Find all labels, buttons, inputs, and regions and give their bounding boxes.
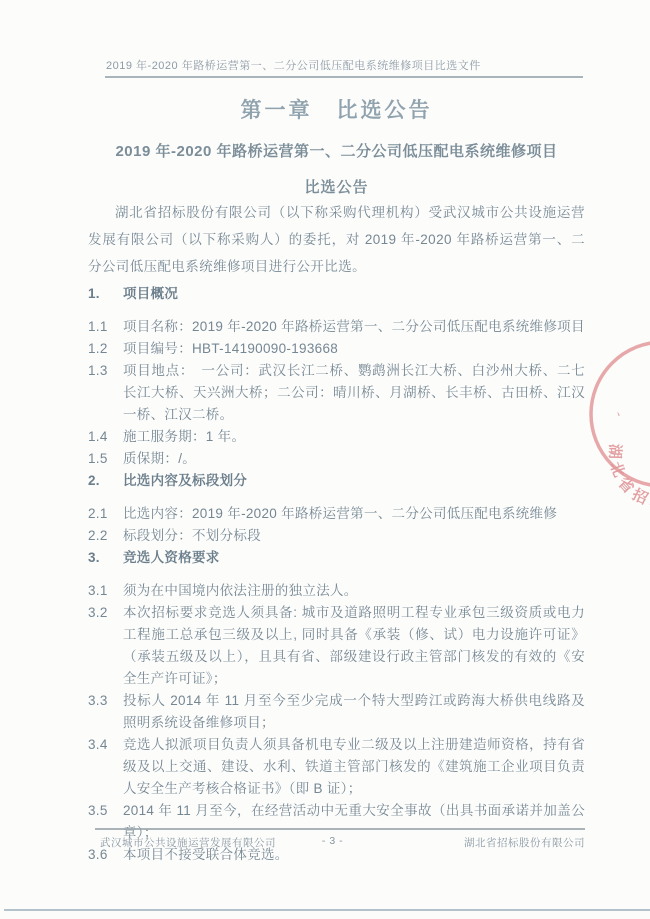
list-item: 1.5 质保期：/。	[88, 448, 585, 470]
section-number: 3.	[88, 547, 123, 569]
section-number: 2.	[88, 470, 123, 492]
page-bottom-edge	[4, 909, 650, 911]
item-text: 标段划分：不划分标段	[123, 525, 585, 547]
list-item: 1.1 项目名称：2019 年-2020 年路桥运营第一、二分公司低压配电系统维…	[88, 316, 585, 338]
item-text: 竞选人拟派项目负责人须具备机电专业二级及以上注册建造师资格，持有省级及以上交通、…	[123, 734, 585, 800]
list-item: 1.2 项目编号：HBT-14190090-193668	[88, 338, 585, 360]
item-text: 施工服务期：1 年。	[123, 426, 585, 448]
item-text: 项目编号：HBT-14190090-193668	[123, 338, 585, 360]
intro-paragraph: 湖北省招标股份有限公司（以下称采购代理机构）受武汉城市公共设施运营发展有限公司（…	[88, 199, 585, 280]
list-item: 2.2 标段划分：不划分标段	[88, 525, 585, 547]
seal-center-mark: 、	[615, 403, 632, 422]
list-item: 3.1 须为在中国境内依法注册的独立法人。	[88, 580, 585, 602]
item-number: 3.5	[88, 800, 123, 822]
running-header: 2019 年-2020 年路桥运营第一、二分公司低压配电系统维修项目比选文件	[106, 57, 586, 73]
section-heading: 3. 竞选人资格要求	[88, 547, 585, 569]
item-number: 3.2	[88, 602, 123, 624]
item-number: 2.2	[88, 525, 123, 547]
footer-divider	[95, 828, 585, 830]
item-number: 1.5	[88, 448, 123, 470]
section-title: 比选内容及标段划分	[123, 470, 585, 492]
list-item: 1.4 施工服务期：1 年。	[88, 426, 585, 448]
item-number: 1.3	[88, 360, 123, 382]
item-text: 投标人 2014 年 11 月至今至少完成一个特大型跨江或跨海大桥供电线路及照明…	[123, 690, 585, 734]
list-item: 3.2 本次招标要求竞选人须具备: 城市及道路照明工程专业承包三级资质或电力工程…	[88, 602, 585, 690]
item-number: 1.4	[88, 426, 123, 448]
item-text: 比选内容：2019 年-2020 年路桥运营第一、二分公司低压配电系统维修	[123, 503, 585, 525]
section-title: 项目概况	[123, 283, 585, 305]
item-text: 质保期：/。	[123, 448, 585, 470]
section-heading: 1. 项目概况	[88, 283, 585, 305]
item-number: 3.1	[88, 580, 123, 602]
item-text: 项目名称：2019 年-2020 年路桥运营第一、二分公司低压配电系统维修项目	[123, 316, 585, 338]
item-text: 项目地点： 一公司：武汉长江二桥、鹦鹉洲长江大桥、白沙州大桥、二七长江大桥、天兴…	[123, 360, 585, 426]
footer-left-company: 武汉城市公共设施运营发展有限公司	[100, 835, 276, 850]
item-number: 3.4	[88, 734, 123, 756]
header-divider	[105, 76, 583, 78]
list-item: 2.1 比选内容：2019 年-2020 年路桥运营第一、二分公司低压配电系统维…	[88, 503, 585, 525]
section-title: 竞选人资格要求	[123, 547, 585, 569]
document-page: 2019 年-2020 年路桥运营第一、二分公司低压配电系统维修项目比选文件 第…	[0, 0, 650, 919]
list-item: 3.4 竞选人拟派项目负责人须具备机电专业二级及以上注册建造师资格，持有省级及以…	[88, 734, 585, 800]
item-number: 1.1	[88, 316, 123, 338]
item-text: 须为在中国境内依法注册的独立法人。	[123, 580, 585, 602]
list-item: 3.3 投标人 2014 年 11 月至今至少完成一个特大型跨江或跨海大桥供电线…	[88, 690, 585, 734]
document-body: 1. 项目概况 1.1 项目名称：2019 年-2020 年路桥运营第一、二分公…	[88, 283, 585, 866]
company-seal-stamp: 湖北省招标股份有限公司 、	[572, 328, 650, 508]
page-footer: - 3 - 武汉城市公共设施运营发展有限公司 湖北省招标股份有限公司	[100, 835, 585, 850]
list-item: 1.3 项目地点： 一公司：武汉长江二桥、鹦鹉洲长江大桥、白沙州大桥、二七长江大…	[88, 360, 585, 426]
item-text: 本次招标要求竞选人须具备: 城市及道路照明工程专业承包三级资质或电力工程施工总承…	[123, 602, 585, 690]
section-number: 1.	[88, 283, 123, 305]
project-title: 2019 年-2020 年路桥运营第一、二分公司低压配电系统维修项目	[60, 140, 613, 161]
chapter-title: 第一章 比选公告	[88, 94, 585, 124]
section-heading: 2. 比选内容及标段划分	[88, 470, 585, 492]
item-number: 1.2	[88, 338, 123, 360]
notice-title: 比选公告	[88, 176, 585, 197]
item-number: 2.1	[88, 503, 123, 525]
item-number: 3.3	[88, 690, 123, 712]
footer-right-company: 湖北省招标股份有限公司	[464, 835, 585, 850]
